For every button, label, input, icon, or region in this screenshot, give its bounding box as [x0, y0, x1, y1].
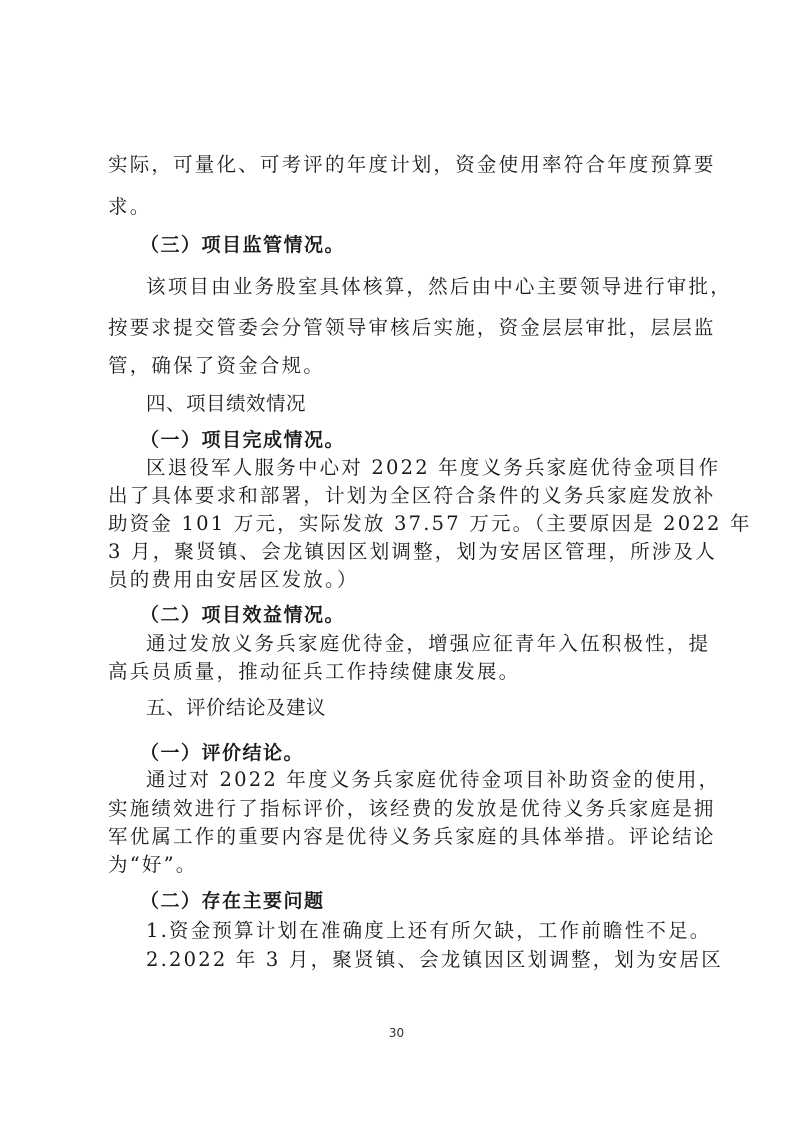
paragraph-line: 求。 [108, 195, 151, 219]
paragraph-line: 区退役军人服务中心对 2022 年度义务兵家庭优待金项目作 [146, 456, 690, 480]
section-heading: （三）项目监管情况。 [140, 233, 345, 257]
paragraph-line: 为“好”。 [108, 853, 197, 877]
paragraph-line: 3 月，聚贤镇、会龙镇因区划调整，划为安居区管理，所涉及人 [108, 540, 690, 564]
section-heading: （二）项目效益情况。 [140, 603, 345, 627]
paragraph-line: 员的费用由安居区发放。） [108, 568, 359, 592]
chapter-heading: 四、项目绩效情况 [146, 392, 306, 416]
list-item: 2.2022 年 3 月，聚贤镇、会龙镇因区划调整，划为安居区 [146, 948, 723, 972]
paragraph-line: 军优属工作的重要内容是优待义务兵家庭的具体举措。评论结论 [108, 825, 690, 849]
paragraph-line: 助资金 101 万元，实际发放 37.57 万元。（主要原因是 2022 年 [108, 512, 690, 536]
paragraph-line: 通过对 2022 年度义务兵家庭优待金项目补助资金的使用， [146, 768, 690, 792]
section-heading: （一）项目完成情况。 [140, 428, 345, 452]
section-heading: （二）存在主要问题 [140, 889, 325, 913]
paragraph-line: 实际，可量化、可考评的年度计划，资金使用率符合年度预算要 [108, 153, 690, 177]
list-item: 1.资金预算计划在准确度上还有所欠缺，工作前瞻性不足。 [146, 919, 712, 943]
section-heading: （一）评价结论。 [140, 741, 304, 765]
paragraph-line: 实施绩效进行了指标评价，该经费的发放是优待义务兵家庭是拥 [108, 797, 690, 821]
paragraph-line: 高兵员质量，推动征兵工作持续健康发展。 [108, 660, 520, 684]
paragraph-line: 出了具体要求和部署，计划为全区符合条件的义务兵家庭发放补 [108, 484, 690, 508]
paragraph-line: 通过发放义务兵家庭优待金，增强应征青年入伍积极性，提 [146, 632, 690, 656]
page-number: 30 [0, 1026, 793, 1040]
paragraph-line: 按要求提交管委会分管领导审核后实施，资金层层审批，层层监 [108, 316, 690, 340]
chapter-heading: 五、评价结论及建议 [146, 696, 326, 720]
paragraph-line: 管，确保了资金合规。 [108, 354, 325, 378]
paragraph-line: 该项目由业务股室具体核算，然后由中心主要领导进行审批， [146, 275, 690, 299]
